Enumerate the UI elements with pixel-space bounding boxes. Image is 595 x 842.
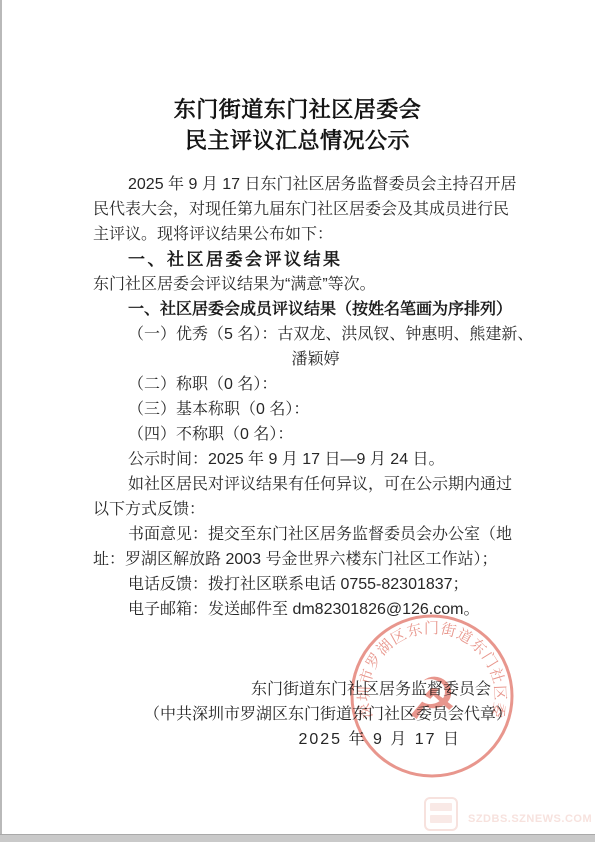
feedback-written-paragraph: 书面意见：提交至东门社区居务监督委员会办公室（地 址：罗湖区解放路 2003 号… [93, 522, 512, 572]
signature-date: 2025 年 9 月 17 日 [93, 727, 512, 752]
signature-spacer [93, 622, 512, 677]
feedback-email-line: 电子邮箱：发送邮件至 dm82301826@126.com。 [93, 597, 512, 622]
grade-excellent-continuation: 潘颖婷 [93, 347, 512, 372]
watermark-logo-row [430, 803, 452, 811]
section-1-result: 东门社区居委会评议结果为“满意”等次。 [93, 272, 512, 297]
page-left-edge [0, 0, 2, 842]
grade-incompetent-line: （四）不称职（0 名）： [93, 422, 512, 447]
document-body: 2025 年 9 月 17 日东门社区居务监督委员会主持召开居 民代表大会，对现… [93, 172, 512, 752]
objection-paragraph: 如社区居民对评议结果有任何异议，可在公示期内通过 以下方式反馈： [93, 472, 512, 522]
page-title: 东门街道东门社区居委会 民主评议汇总情况公示 [0, 94, 595, 156]
signature-note: （中共深圳市罗湖区东门街道东门社区委员会代章） [93, 702, 512, 727]
section-2-heading: 一、社区居委会成员评议结果（按姓名笔画为序排列） [93, 297, 512, 322]
grade-basically-competent-line: （三）基本称职（0 名）： [93, 397, 512, 422]
signature-org: 东门街道东门社区居务监督委员会 [93, 677, 512, 702]
grade-excellent-line: （一）优秀（5 名）：古双龙、洪凤钗、钟惠明、熊建新、 [93, 322, 512, 347]
publicity-period-line: 公示时间：2025 年 9 月 17 日—9 月 24 日。 [93, 447, 512, 472]
watermark-text: SZDBS.SZNEWS.COM [468, 813, 592, 825]
title-line-2: 民主评议汇总情况公示 [0, 125, 595, 156]
page-bottom-edge [0, 834, 595, 842]
intro-paragraph: 2025 年 9 月 17 日东门社区居务监督委员会主持召开居 民代表大会，对现… [93, 172, 512, 247]
feedback-phone-line: 电话反馈：拨打社区联系电话 0755-82301837； [93, 572, 512, 597]
document-page: 东门街道东门社区居委会 民主评议汇总情况公示 2025 年 9 月 17 日东门… [0, 0, 595, 842]
grade-competent-line: （二）称职（0 名）： [93, 372, 512, 397]
title-line-1: 东门街道东门社区居委会 [0, 94, 595, 125]
watermark-logo-row [430, 815, 452, 823]
section-1-heading: 一、社区居委会评议结果 [93, 247, 512, 272]
watermark-logo [424, 797, 458, 831]
